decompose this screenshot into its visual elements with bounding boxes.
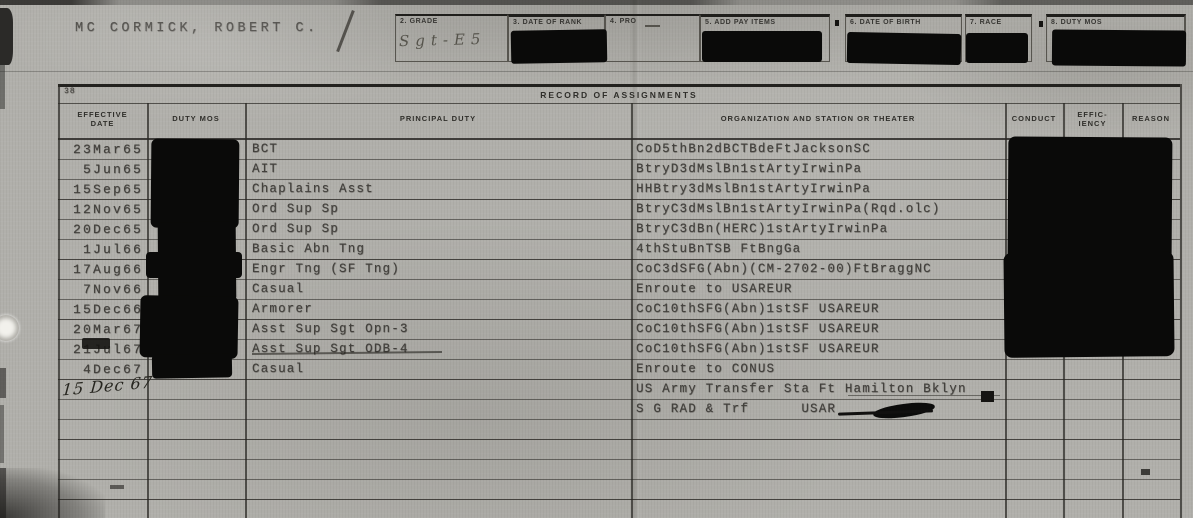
overstrike-on-date-row11 [82,338,110,349]
organization-cell: CoC10thSFG(Abn)1stSF USAREUR [636,322,1004,338]
redaction-conduct-efficiency-c [1012,228,1162,268]
header-separator-line [0,71,1193,72]
colhead-efficiency: EFFIC-IENCY [1063,110,1122,128]
organization-cell: CoC10thSFG(Abn)1stSF USAREUR [636,342,1004,358]
grade-value-handwritten: Sgt-E5 [399,30,487,50]
field-add-pay-items-label: 5. ADD PAY ITEMS [705,19,776,26]
effective-date-cell: 23Mar65 [60,142,143,158]
principal-duty-cell: Basic Abn Tng [252,242,624,258]
torn-edge-top-left-corner [0,8,13,65]
effective-date-cell: 20Mar67 [60,322,143,338]
field-race-label: 7. RACE [970,19,1002,26]
redaction-duty-mos [1052,29,1186,66]
organization-cell: BtryD3dMslBn1stArtyIrwinPa [636,162,1004,178]
redaction-duty-mos-col-e [152,353,232,378]
row-gridline [58,499,1180,500]
effective-date-cell: 15Dec66 [60,302,143,318]
effective-date-cell: 5Jun65 [60,162,143,178]
organization-cell: Enroute to USAREUR [636,282,1004,298]
redaction-add-pay-items [702,31,822,62]
organization-cell: CoC3dSFG(Abn)(CM-2702-00)FtBraggNC [636,262,1004,278]
stray-mark-4 [1141,469,1150,475]
principal-duty-cell: Ord Sup Sp [252,202,624,218]
colhead-reason: REASON [1122,114,1180,123]
organization-cell: 4thStuBnTSB FtBngGa [636,242,1004,258]
left-edge-streak-1 [0,64,5,109]
field-pro: 4. PRO [605,14,700,62]
dash-mark [645,25,660,27]
organization-cell: BtryC3dBn(HERC)1stArtyIrwinPa [636,222,1004,238]
table-right-border [1180,84,1182,518]
pen-underline-transfer-row [848,395,1000,396]
handwritten-slash-mark [336,10,354,52]
stray-mark-5 [110,485,124,489]
principal-duty-cell: Asst Sup Sgt ODB-4 [252,342,624,358]
row-gridline [58,399,1180,400]
principal-duty-cell: Casual [252,362,624,378]
torn-edge-top [0,0,1193,5]
principal-duty-cell: Asst Sup Sgt Opn-3 [252,322,624,338]
row-gridline [58,379,1180,380]
hole-punch [0,315,19,341]
redaction-duty-mos-col-c [146,252,242,278]
principal-duty-cell: Casual [252,282,624,298]
effective-date-cell: 1Jul66 [60,242,143,258]
col-divider-3 [631,103,633,518]
redaction-date-of-birth [847,32,962,65]
effective-date-cell: 17Aug66 [60,262,143,278]
effective-date-cell: 7Nov66 [60,282,143,298]
field-pro-label: 4. PRO [610,18,637,25]
organization-cell: S G RAD & Trf USAR [636,402,1004,418]
service-member-name: MC CORMICK, ROBERT C. [75,21,319,36]
principal-duty-cell: BCT [252,142,624,158]
organization-cell: CoC10thSFG(Abn)1stSF USAREUR [636,302,1004,318]
left-edge-streak-2 [0,368,6,398]
row-gridline [58,439,1180,440]
left-edge-streak-3 [0,405,4,463]
stray-mark-1 [835,20,839,26]
redaction-date-of-rank [511,29,608,64]
redaction-duty-mos-col-a [151,139,240,229]
scanned-document-page: MC CORMICK, ROBERT C. 2. GRADE Sgt-E5 3.… [0,0,1193,518]
table-title-underline [58,103,1180,104]
field-date-of-rank-label: 3. DATE OF RANK [513,19,582,26]
effective-date-cell: 15Sep65 [60,182,143,198]
principal-duty-cell: Chaplains Asst [252,182,624,198]
redaction-race [966,33,1028,63]
field-date-of-birth-label: 6. DATE OF BIRTH [850,19,921,26]
stray-mark-3 [981,391,994,402]
row-gridline [58,459,1180,460]
field-grade-label: 2. GRADE [400,18,438,25]
colhead-conduct: CONDUCT [1005,114,1063,123]
principal-duty-cell: Armorer [252,302,624,318]
table-title: RECORD OF ASSIGNMENTS [58,90,1180,100]
organization-cell: BtryC3dMslBn1stArtyIrwinPa(Rqd.olc) [636,202,1004,218]
effective-date-cell: 20Dec65 [60,222,143,238]
table-top-border [58,84,1180,87]
organization-cell: Enroute to CONUS [636,362,1004,378]
organization-cell: CoD5thBn2dBCTBdeFtJacksonSC [636,142,1004,158]
row-gridline [58,419,1180,420]
principal-duty-cell: AIT [252,162,624,178]
organization-cell: HHBtry3dMslBn1stArtyIrwinPa [636,182,1004,198]
principal-duty-cell: Engr Tng (SF Tng) [252,262,624,278]
col-divider-2 [245,103,247,518]
field-duty-mos-label: 8. DUTY MOS [1051,19,1102,26]
bottom-left-shadow [0,468,105,518]
principal-duty-cell: Ord Sup Sp [252,222,624,238]
colhead-principal-duty: PRINCIPAL DUTY [245,114,631,123]
colhead-effective-date: EFFECTIVEDATE [58,110,147,128]
row-gridline [58,479,1180,480]
redaction-duty-mos-col-d [139,295,238,359]
effective-date-cell: 12Nov65 [60,202,143,218]
colhead-duty-mos: DUTY MOS [147,114,245,123]
stray-mark-2 [1039,21,1043,27]
colhead-organization: ORGANIZATION AND STATION OR THEATER [631,114,1005,123]
